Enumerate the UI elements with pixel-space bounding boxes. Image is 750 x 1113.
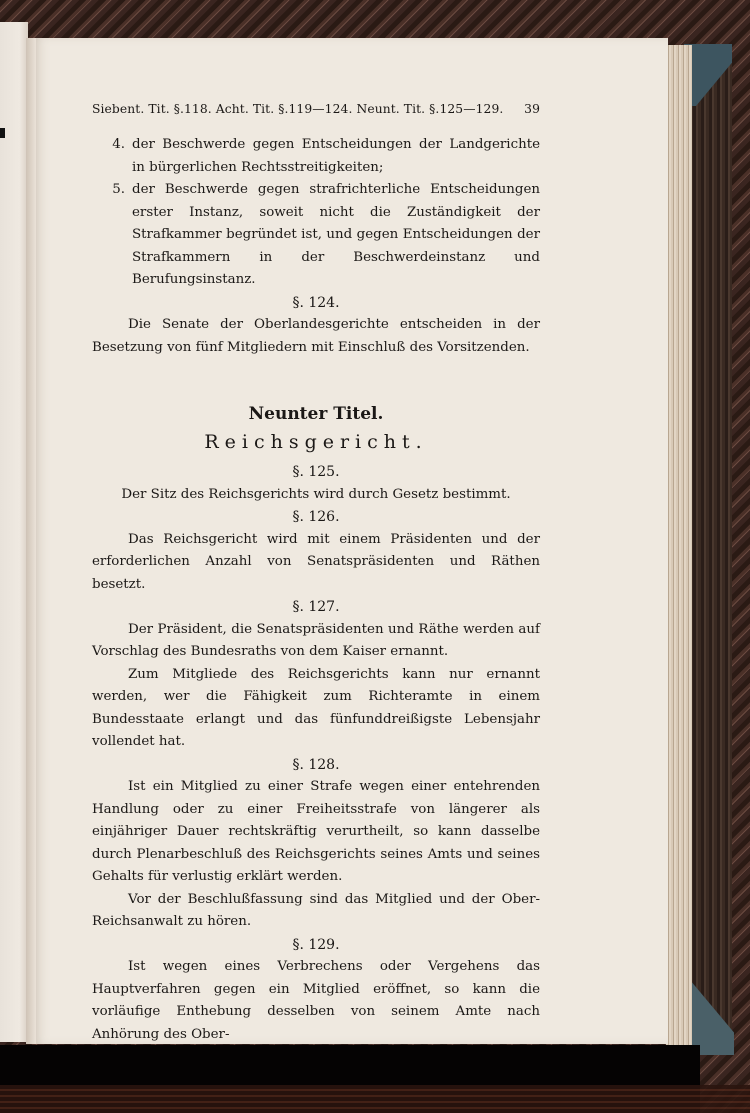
page-gutter [26,38,36,1044]
section-heading-128: §. 128. [92,754,540,777]
chapter-title: Neunter Titel. [92,401,540,427]
page-edges [666,45,692,1045]
section-heading-127: §. 127. [92,596,540,619]
section-127-text-2: Zum Mitgliede des Reichsgerichts kann nu… [92,664,540,754]
section-125-text: Der Sitz des Reichsgerichts wird durch G… [92,484,540,507]
list-item: 4. der Beschwerde gegen Entscheidungen d… [92,134,540,179]
book-cover-board [690,45,732,1055]
item-number: 5. [92,179,132,292]
facing-left-page [0,22,28,1042]
section-heading-126: §. 126. [92,506,540,529]
section-126-text: Das Reichsgericht wird mit einem Präside… [92,529,540,597]
wooden-table [0,1085,750,1113]
section-127-text-1: Der Präsident, die Senatspräsidenten und… [92,619,540,664]
chapter-subtitle: Reichsgericht. [92,427,540,457]
section-129-text: Ist wegen eines Verbrechens oder Vergehe… [92,956,540,1046]
item-number: 4. [92,134,132,179]
running-head-text: Siebent. Tit. §.118. Acht. Tit. §.119—12… [92,98,503,120]
left-page-ink-mark [0,128,5,138]
list-item: 5. der Beschwerde gegen strafrichterlich… [92,179,540,292]
running-head: Siebent. Tit. §.118. Acht. Tit. §.119—12… [92,98,540,120]
section-128-text-1: Ist ein Mitglied zu einer Strafe wegen e… [92,776,540,889]
page-text: Siebent. Tit. §.118. Acht. Tit. §.119—12… [92,98,540,1046]
item-text: der Beschwerde gegen strafrichterliche E… [132,179,540,292]
section-heading-129: §. 129. [92,934,540,957]
section-heading-125: §. 125. [92,461,540,484]
section-128-text-2: Vor der Beschlußfassung sind das Mitglie… [92,889,540,934]
section-heading-124: §. 124. [92,292,540,315]
item-text: der Beschwerde gegen Entscheidungen der … [132,134,540,179]
page-number: 39 [524,98,540,120]
section-124-text: Die Senate der Oberlandesgerichte entsch… [92,314,540,359]
